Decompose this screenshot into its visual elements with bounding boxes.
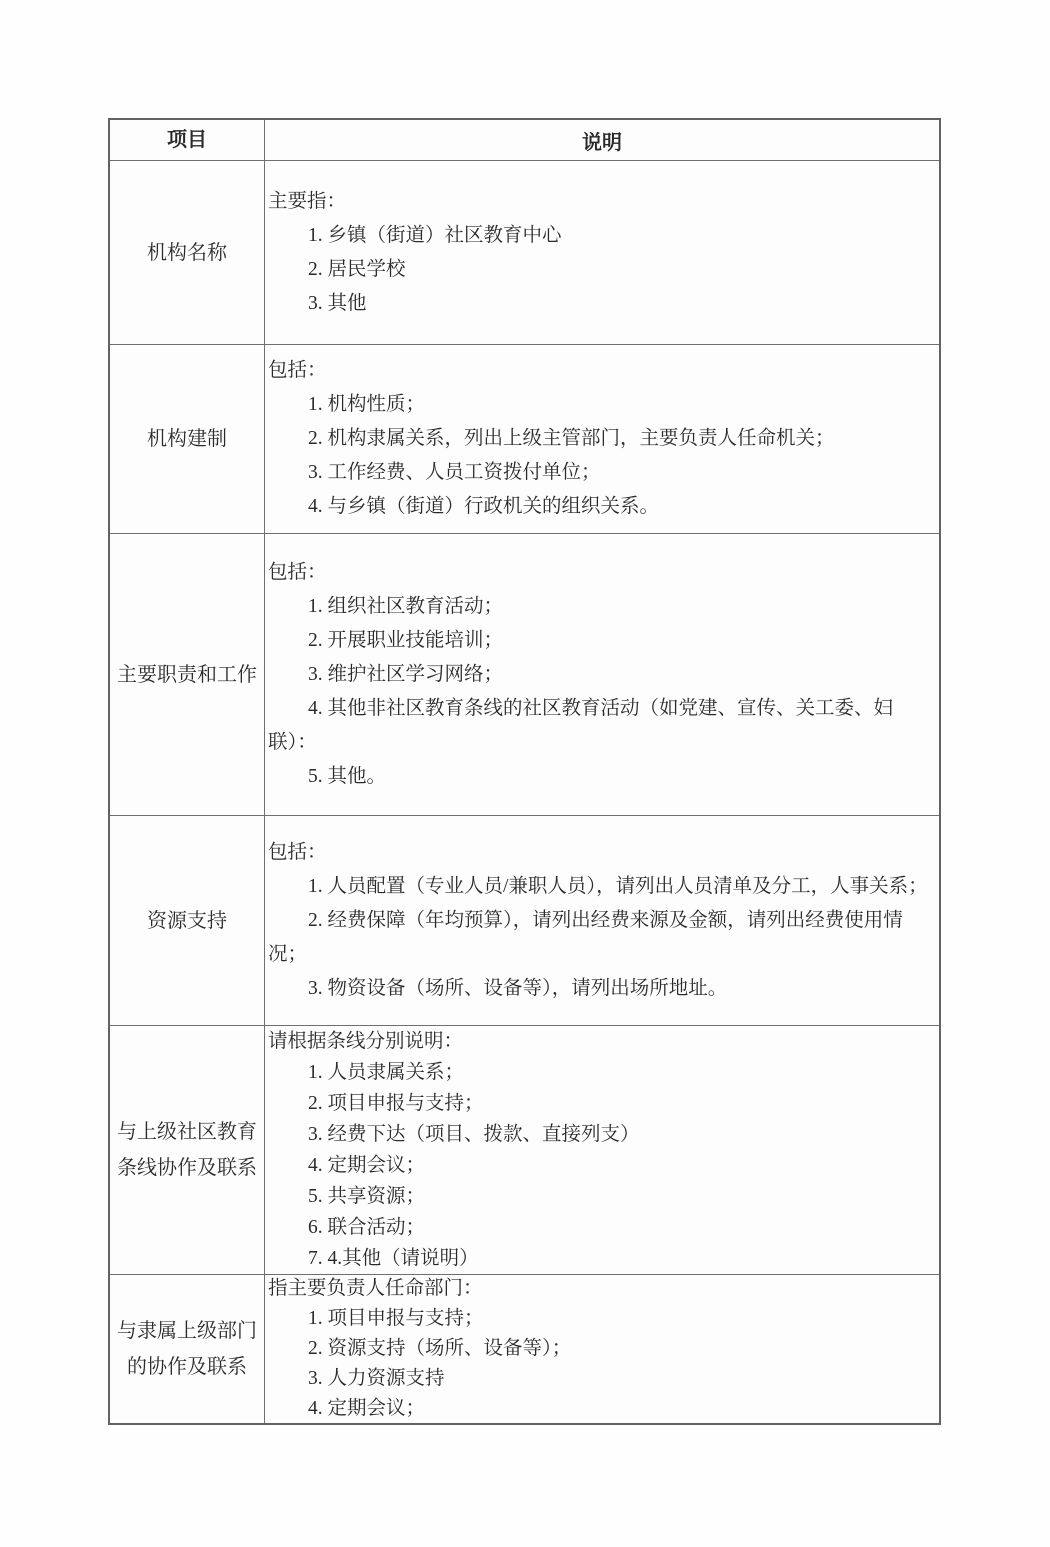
table-row: 与上级社区教育条线协作及联系 请根据条线分别说明： 1. 人员隶属关系； 2. …: [110, 1025, 939, 1274]
document-page: 项目 说明 机构名称 主要指： 1. 乡镇（街道）社区教育中心 2. 居民学校 …: [0, 0, 1050, 1547]
description-item: 1. 机构性质；: [268, 388, 937, 422]
description-item: 5. 共享资源；: [268, 1181, 937, 1212]
description-item: 6. 联合活动；: [268, 1212, 937, 1243]
row-label: 与上级社区教育条线协作及联系: [110, 1026, 264, 1274]
description-item: 3. 工作经费、人员工资拨付单位；: [268, 456, 937, 490]
description-item: 3. 人力资源支持: [268, 1364, 937, 1394]
description-item: 4. 定期会议；: [268, 1394, 937, 1424]
description-item: 2. 资源支持（场所、设备等）；: [268, 1334, 937, 1364]
description-item: 3. 物资设备（场所、设备等），请列出场所地址。: [268, 972, 937, 1006]
table-row: 机构建制 包括： 1. 机构性质； 2. 机构隶属关系，列出上级主管部门，主要负…: [110, 344, 939, 533]
row-description-cell: 包括： 1. 人员配置（专业人员/兼职人员），请列出人员清单及分工，人事关系； …: [264, 816, 939, 1025]
row-label: 主要职责和工作: [110, 534, 264, 815]
description-item: 4. 其他非社区教育条线的社区教育活动（如党建、宣传、关工委、妇联）：: [268, 692, 937, 760]
description-item: 3. 维护社区学习网络；: [268, 658, 937, 692]
description-intro: 包括：: [268, 836, 937, 870]
description-intro: 请根据条线分别说明：: [268, 1026, 937, 1057]
description-item: 2. 项目申报与支持；: [268, 1088, 937, 1119]
row-label: 资源支持: [110, 816, 264, 1025]
row-description-cell: 指主要负责人任命部门： 1. 项目申报与支持； 2. 资源支持（场所、设备等）；…: [264, 1275, 939, 1423]
description-item: 7. 4.其他（请说明）: [268, 1243, 937, 1274]
description-item: 1. 组织社区教育活动；: [268, 590, 937, 624]
header-cell-description: 说明: [264, 120, 939, 160]
row-label: 机构建制: [110, 345, 264, 533]
description-item: 4. 定期会议；: [268, 1150, 937, 1181]
description-intro: 包括：: [268, 354, 937, 388]
description-item: 4. 与乡镇（街道）行政机关的组织关系。: [268, 490, 937, 524]
row-description-cell: 主要指： 1. 乡镇（街道）社区教育中心 2. 居民学校 3. 其他: [264, 161, 939, 344]
description-intro: 指主要负责人任命部门：: [268, 1274, 937, 1304]
row-description-cell: 包括： 1. 组织社区教育活动； 2. 开展职业技能培训； 3. 维护社区学习网…: [264, 534, 939, 815]
row-description-cell: 包括： 1. 机构性质； 2. 机构隶属关系，列出上级主管部门，主要负责人任命机…: [264, 345, 939, 533]
description-item: 2. 经费保障（年均预算），请列出经费来源及金额，请列出经费使用情况；: [268, 904, 937, 972]
row-label: 机构名称: [110, 161, 264, 344]
description-item: 3. 其他: [268, 287, 937, 321]
table-row: 资源支持 包括： 1. 人员配置（专业人员/兼职人员），请列出人员清单及分工，人…: [110, 815, 939, 1025]
description-item: 5. 其他。: [268, 760, 937, 794]
table-row: 主要职责和工作 包括： 1. 组织社区教育活动； 2. 开展职业技能培训； 3.…: [110, 533, 939, 815]
description-item: 2. 机构隶属关系，列出上级主管部门，主要负责人任命机关；: [268, 422, 937, 456]
row-description-cell: 请根据条线分别说明： 1. 人员隶属关系； 2. 项目申报与支持； 3. 经费下…: [264, 1026, 939, 1274]
description-intro: 包括：: [268, 556, 937, 590]
table-row: 机构名称 主要指： 1. 乡镇（街道）社区教育中心 2. 居民学校 3. 其他: [110, 160, 939, 344]
description-item: 2. 开展职业技能培训；: [268, 624, 937, 658]
description-item: 1. 乡镇（街道）社区教育中心: [268, 219, 937, 253]
description-item: 3. 经费下达（项目、拨款、直接列支）: [268, 1119, 937, 1150]
description-item: 2. 居民学校: [268, 253, 937, 287]
header-cell-item: 项目: [110, 120, 264, 160]
description-item: 1. 项目申报与支持；: [268, 1304, 937, 1334]
description-intro: 主要指：: [268, 185, 937, 219]
row-label: 与隶属上级部门的协作及联系: [110, 1275, 264, 1423]
table-row: 与隶属上级部门的协作及联系 指主要负责人任命部门： 1. 项目申报与支持； 2.…: [110, 1274, 939, 1423]
description-item: 1. 人员配置（专业人员/兼职人员），请列出人员清单及分工，人事关系；: [268, 870, 937, 904]
items-description-table: 项目 说明 机构名称 主要指： 1. 乡镇（街道）社区教育中心 2. 居民学校 …: [108, 118, 941, 1425]
description-item: 1. 人员隶属关系；: [268, 1057, 937, 1088]
table-header-row: 项目 说明: [110, 120, 939, 160]
